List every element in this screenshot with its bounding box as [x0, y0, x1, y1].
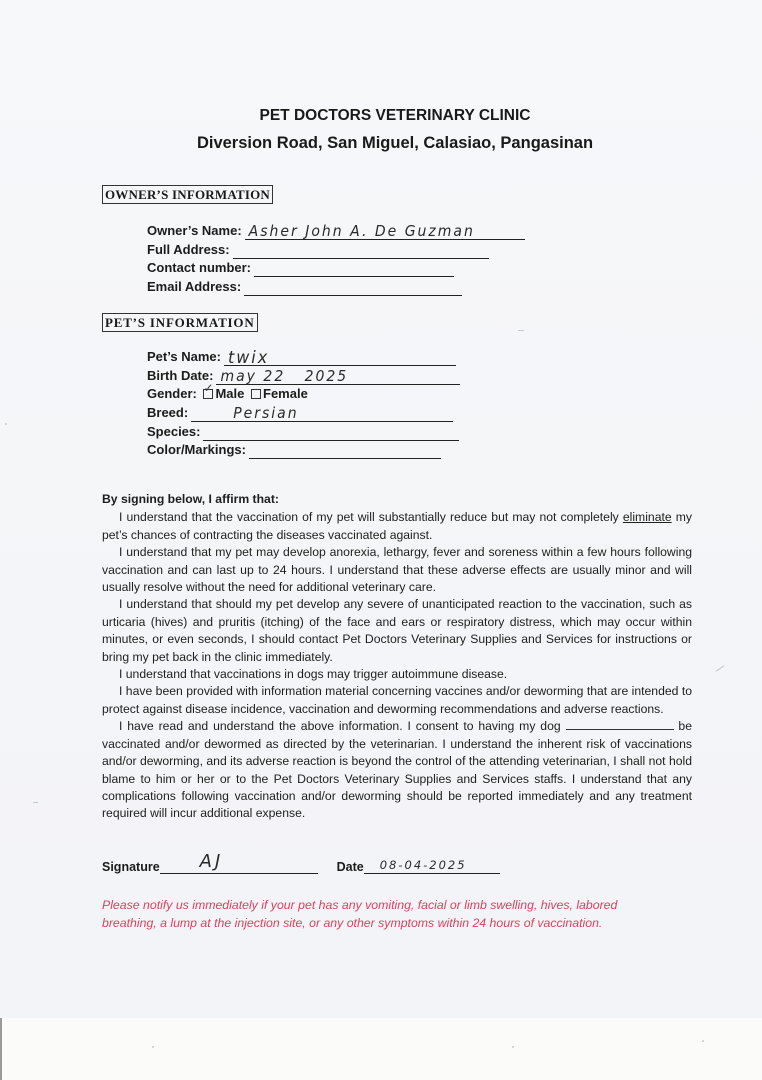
color-markings-line[interactable] [249, 443, 441, 459]
contact-number-line[interactable] [254, 261, 454, 277]
email-address-field[interactable]: Email Address: [147, 278, 462, 296]
owner-name-line[interactable]: Asher John A. De Guzman [245, 224, 525, 240]
date-value: 08-04-2025 [380, 858, 467, 872]
contact-number-label: Contact number: [147, 259, 251, 277]
date-label: Date [337, 860, 364, 874]
pet-name-line[interactable]: twix [224, 350, 456, 366]
affirmation-heading: By signing below, I affirm that: [102, 491, 692, 508]
paper-speck [512, 1046, 514, 1048]
affirmation-paragraph: I understand that the vaccination of my … [102, 509, 692, 544]
birth-date-value: may 22 2025 [220, 368, 348, 387]
signature-line[interactable]: AJ [160, 858, 318, 874]
dog-name-blank[interactable] [566, 719, 674, 730]
affirmation-text: be vaccinated and/or dewormed as directe… [102, 719, 692, 820]
breed-value: Persian [233, 405, 298, 424]
date-line[interactable]: 08-04-2025 [364, 858, 500, 874]
affirmation-block: By signing below, I affirm that: I under… [102, 491, 692, 823]
full-address-line[interactable] [233, 243, 489, 259]
breed-field[interactable]: Breed:Persian [147, 404, 453, 422]
signature-label: Signature [102, 860, 160, 874]
affirmation-text: I understand that the vaccination of my … [119, 510, 623, 524]
owner-section-title: OWNER’S INFORMATION [102, 185, 273, 204]
gender-male-checkbox[interactable]: ✓ [203, 389, 213, 399]
birth-date-line[interactable]: may 22 2025 [216, 369, 460, 385]
color-markings-field[interactable]: Color/Markings: [147, 441, 441, 459]
gender-male-label: Male [215, 386, 244, 401]
species-field[interactable]: Species: [147, 423, 459, 441]
color-markings-label: Color/Markings: [147, 441, 246, 459]
paper-speck [152, 1046, 154, 1048]
species-line[interactable] [203, 425, 459, 441]
affirmation-paragraph: I understand that should my pet develop … [102, 596, 692, 666]
post-vaccination-notice: Please notify us immediately if your pet… [102, 897, 662, 932]
affirmation-text: I have read and understand the above inf… [119, 719, 566, 733]
paper-speck [702, 1040, 704, 1042]
clinic-address: Diversion Road, San Miguel, Calasiao, Pa… [14, 134, 762, 153]
paper-speck [518, 330, 524, 331]
full-address-label: Full Address: [147, 241, 230, 259]
signature-value: AJ [200, 851, 224, 872]
owner-name-label: Owner’s Name: [147, 222, 242, 240]
full-address-field[interactable]: Full Address: [147, 241, 489, 259]
breed-line[interactable]: Persian [191, 406, 453, 422]
email-address-label: Email Address: [147, 278, 241, 296]
affirmation-paragraph: I have read and understand the above inf… [102, 718, 692, 822]
owner-name-field[interactable]: Owner’s Name:Asher John A. De Guzman [147, 222, 525, 240]
birth-date-field[interactable]: Birth Date:may 22 2025 [147, 367, 460, 385]
gender-label: Gender: [147, 386, 197, 401]
pet-section-title: PET’S INFORMATION [102, 313, 258, 332]
owner-name-value: Asher John A. De Guzman [249, 223, 475, 242]
gender-field: Gender: ✓Male Female [147, 385, 308, 403]
signature-row: SignatureAJ Date08-04-2025 [102, 858, 500, 878]
paper-speck [5, 423, 7, 425]
email-address-line[interactable] [244, 280, 462, 296]
pet-name-value: twix [228, 349, 269, 368]
paper-speck [716, 665, 725, 672]
check-mark-icon: ✓ [203, 384, 213, 392]
affirmation-emphasis: eliminate [623, 510, 672, 524]
breed-label: Breed: [147, 404, 188, 422]
affirmation-paragraph: I have been provided with information ma… [102, 683, 692, 718]
scan-background [0, 1018, 762, 1080]
species-label: Species: [147, 423, 200, 441]
affirmation-paragraph: I understand that vaccinations in dogs m… [102, 666, 692, 683]
affirmation-paragraph: I understand that my pet may develop ano… [102, 544, 692, 596]
contact-number-field[interactable]: Contact number: [147, 259, 454, 277]
pet-name-field[interactable]: Pet’s Name:twix [147, 348, 456, 366]
paper-speck [33, 802, 38, 803]
pet-name-label: Pet’s Name: [147, 348, 221, 366]
gender-female-checkbox[interactable] [251, 389, 261, 399]
gender-female-label: Female [263, 386, 308, 401]
clinic-name: PET DOCTORS VETERINARY CLINIC [14, 107, 762, 125]
